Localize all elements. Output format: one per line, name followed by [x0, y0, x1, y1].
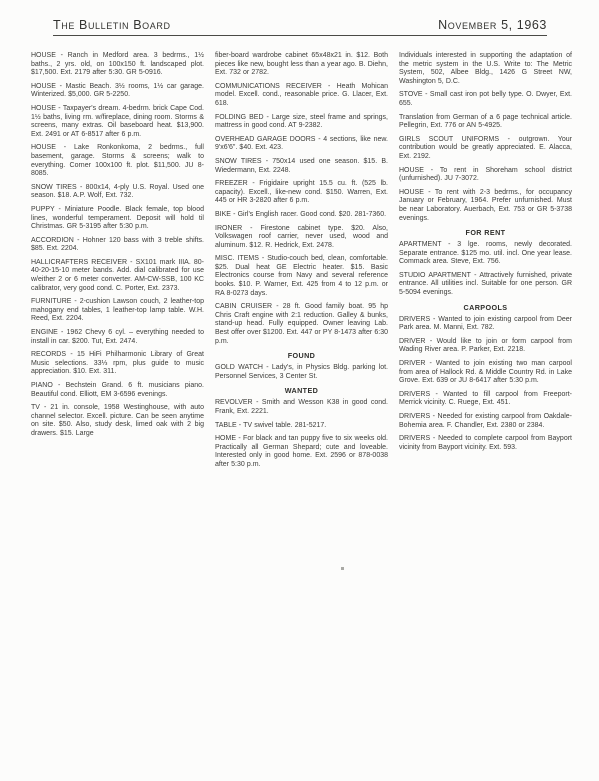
section-heading: FOUND: [215, 351, 388, 360]
page-title: The Bulletin Board: [53, 18, 171, 32]
masthead: The Bulletin Board November 5, 1963: [53, 18, 547, 32]
classified-ad: HOUSE - To rent with 2-3 bedrms., for oc…: [399, 189, 572, 223]
classified-ad: ENGINE - 1962 Chevy 6 cyl. – everything …: [31, 329, 204, 346]
classified-ad: DRIVERS - Wanted to fill carpool from Fr…: [399, 391, 572, 408]
classified-ad: SNOW TIRES - 750x14 used one season. $15…: [215, 158, 388, 175]
classified-ad: HOUSE - To rent in Shoreham school distr…: [399, 167, 572, 184]
section-heading: WANTED: [215, 386, 388, 395]
column-1: HOUSE - Ranch in Medford area. 3 bedrms.…: [31, 52, 204, 475]
newsletter-page: The Bulletin Board November 5, 1963 HOUS…: [0, 0, 599, 781]
classified-ad: OVERHEAD GARAGE DOORS - 4 sections, like…: [215, 136, 388, 153]
classified-ad: SNOW TIRES - 800x14, 4-ply U.S. Royal. U…: [31, 184, 204, 201]
classified-ad: COMMUNICATIONS RECEIVER - Heath Mohican …: [215, 83, 388, 109]
classified-ad: GOLD WATCH - Lady's, in Physics Bldg. pa…: [215, 364, 388, 381]
classified-ad: FURNITURE - 2-cushion Lawson couch, 2 le…: [31, 298, 204, 324]
classified-ad: TABLE - TV swivel table. 281-5217.: [215, 422, 388, 431]
classified-ad: HOUSE - Ranch in Medford area. 3 bedrms.…: [31, 52, 204, 78]
classified-ad: FOLDING BED - Large size, steel frame an…: [215, 114, 388, 131]
issue-date: November 5, 1963: [438, 18, 547, 32]
classified-ad: HALLICRAFTERS RECEIVER - SX101 mark IIIA…: [31, 259, 204, 293]
classified-ad: DRIVERS - Wanted to join existing carpoo…: [399, 316, 572, 333]
classified-ad: Individuals interested in supporting the…: [399, 52, 572, 86]
classified-ad: DRIVERS - Needed for existing carpool fr…: [399, 413, 572, 430]
classified-ad: STUDIO APARTMENT - Attractively furnishe…: [399, 272, 572, 298]
classified-ad: CABIN CRUISER - 28 ft. Good family boat.…: [215, 303, 388, 346]
classified-ad: FREEZER - Frigidaire upright 15.5 cu. ft…: [215, 180, 388, 206]
classified-ad: PIANO - Bechstein Grand. 6 ft. musicians…: [31, 382, 204, 399]
classified-ad: DRIVER - Wanted to join existing two man…: [399, 360, 572, 386]
classified-ad: fiber-board wardrobe cabinet 65x48x21 in…: [215, 52, 388, 78]
column-2: fiber-board wardrobe cabinet 65x48x21 in…: [215, 52, 388, 475]
masthead-rule: [53, 35, 547, 36]
classified-ad: ACCORDION - Hohner 120 bass with 3 trebl…: [31, 237, 204, 254]
classified-ad: REVOLVER - Smith and Wesson K38 in good …: [215, 399, 388, 416]
classified-ad: STOVE - Small cast iron pot belly type. …: [399, 91, 572, 108]
classified-ad: TV - 21 in. console, 1958 Westinghouse, …: [31, 404, 204, 438]
classified-ad: RECORDS - 15 HiFi Philharmonic Library o…: [31, 351, 204, 377]
column-3: Individuals interested in supporting the…: [399, 52, 572, 475]
classified-ad: DRIVERS - Needed to complete carpool fro…: [399, 435, 572, 452]
scan-artifact-dot: [341, 567, 344, 570]
classified-ad: Translation from German of a 6 page tech…: [399, 114, 572, 131]
classified-ad: MISC. ITEMS - Studio-couch bed, clean, c…: [215, 255, 388, 298]
classified-ad: HOUSE - Lake Ronkonkoma, 2 bedrms., full…: [31, 144, 204, 178]
classified-ad: HOME - For black and tan puppy five to s…: [215, 435, 388, 469]
classified-ad: BIKE - Girl's English racer. Good cond. …: [215, 211, 388, 220]
classified-ad: HOUSE - Mastic Beach. 3½ rooms, 1½ car g…: [31, 83, 204, 100]
classified-ad: HOUSE - Taxpayer's dream. 4-bedrm. brick…: [31, 105, 204, 139]
classified-ad: GIRLS SCOUT UNIFORMS - outgrown. Your co…: [399, 136, 572, 162]
section-heading: FOR RENT: [399, 228, 572, 237]
classified-ad: APARTMENT - 3 lge. rooms, newly decorate…: [399, 241, 572, 267]
section-heading: CARPOOLS: [399, 303, 572, 312]
classifieds-columns: HOUSE - Ranch in Medford area. 3 bedrms.…: [31, 52, 573, 475]
classified-ad: IRONER - Firestone cabinet type. $20. Al…: [215, 225, 388, 251]
classified-ad: PUPPY - Miniature Poodle. Black female, …: [31, 206, 204, 232]
classified-ad: DRIVER - Would like to join or form carp…: [399, 338, 572, 355]
